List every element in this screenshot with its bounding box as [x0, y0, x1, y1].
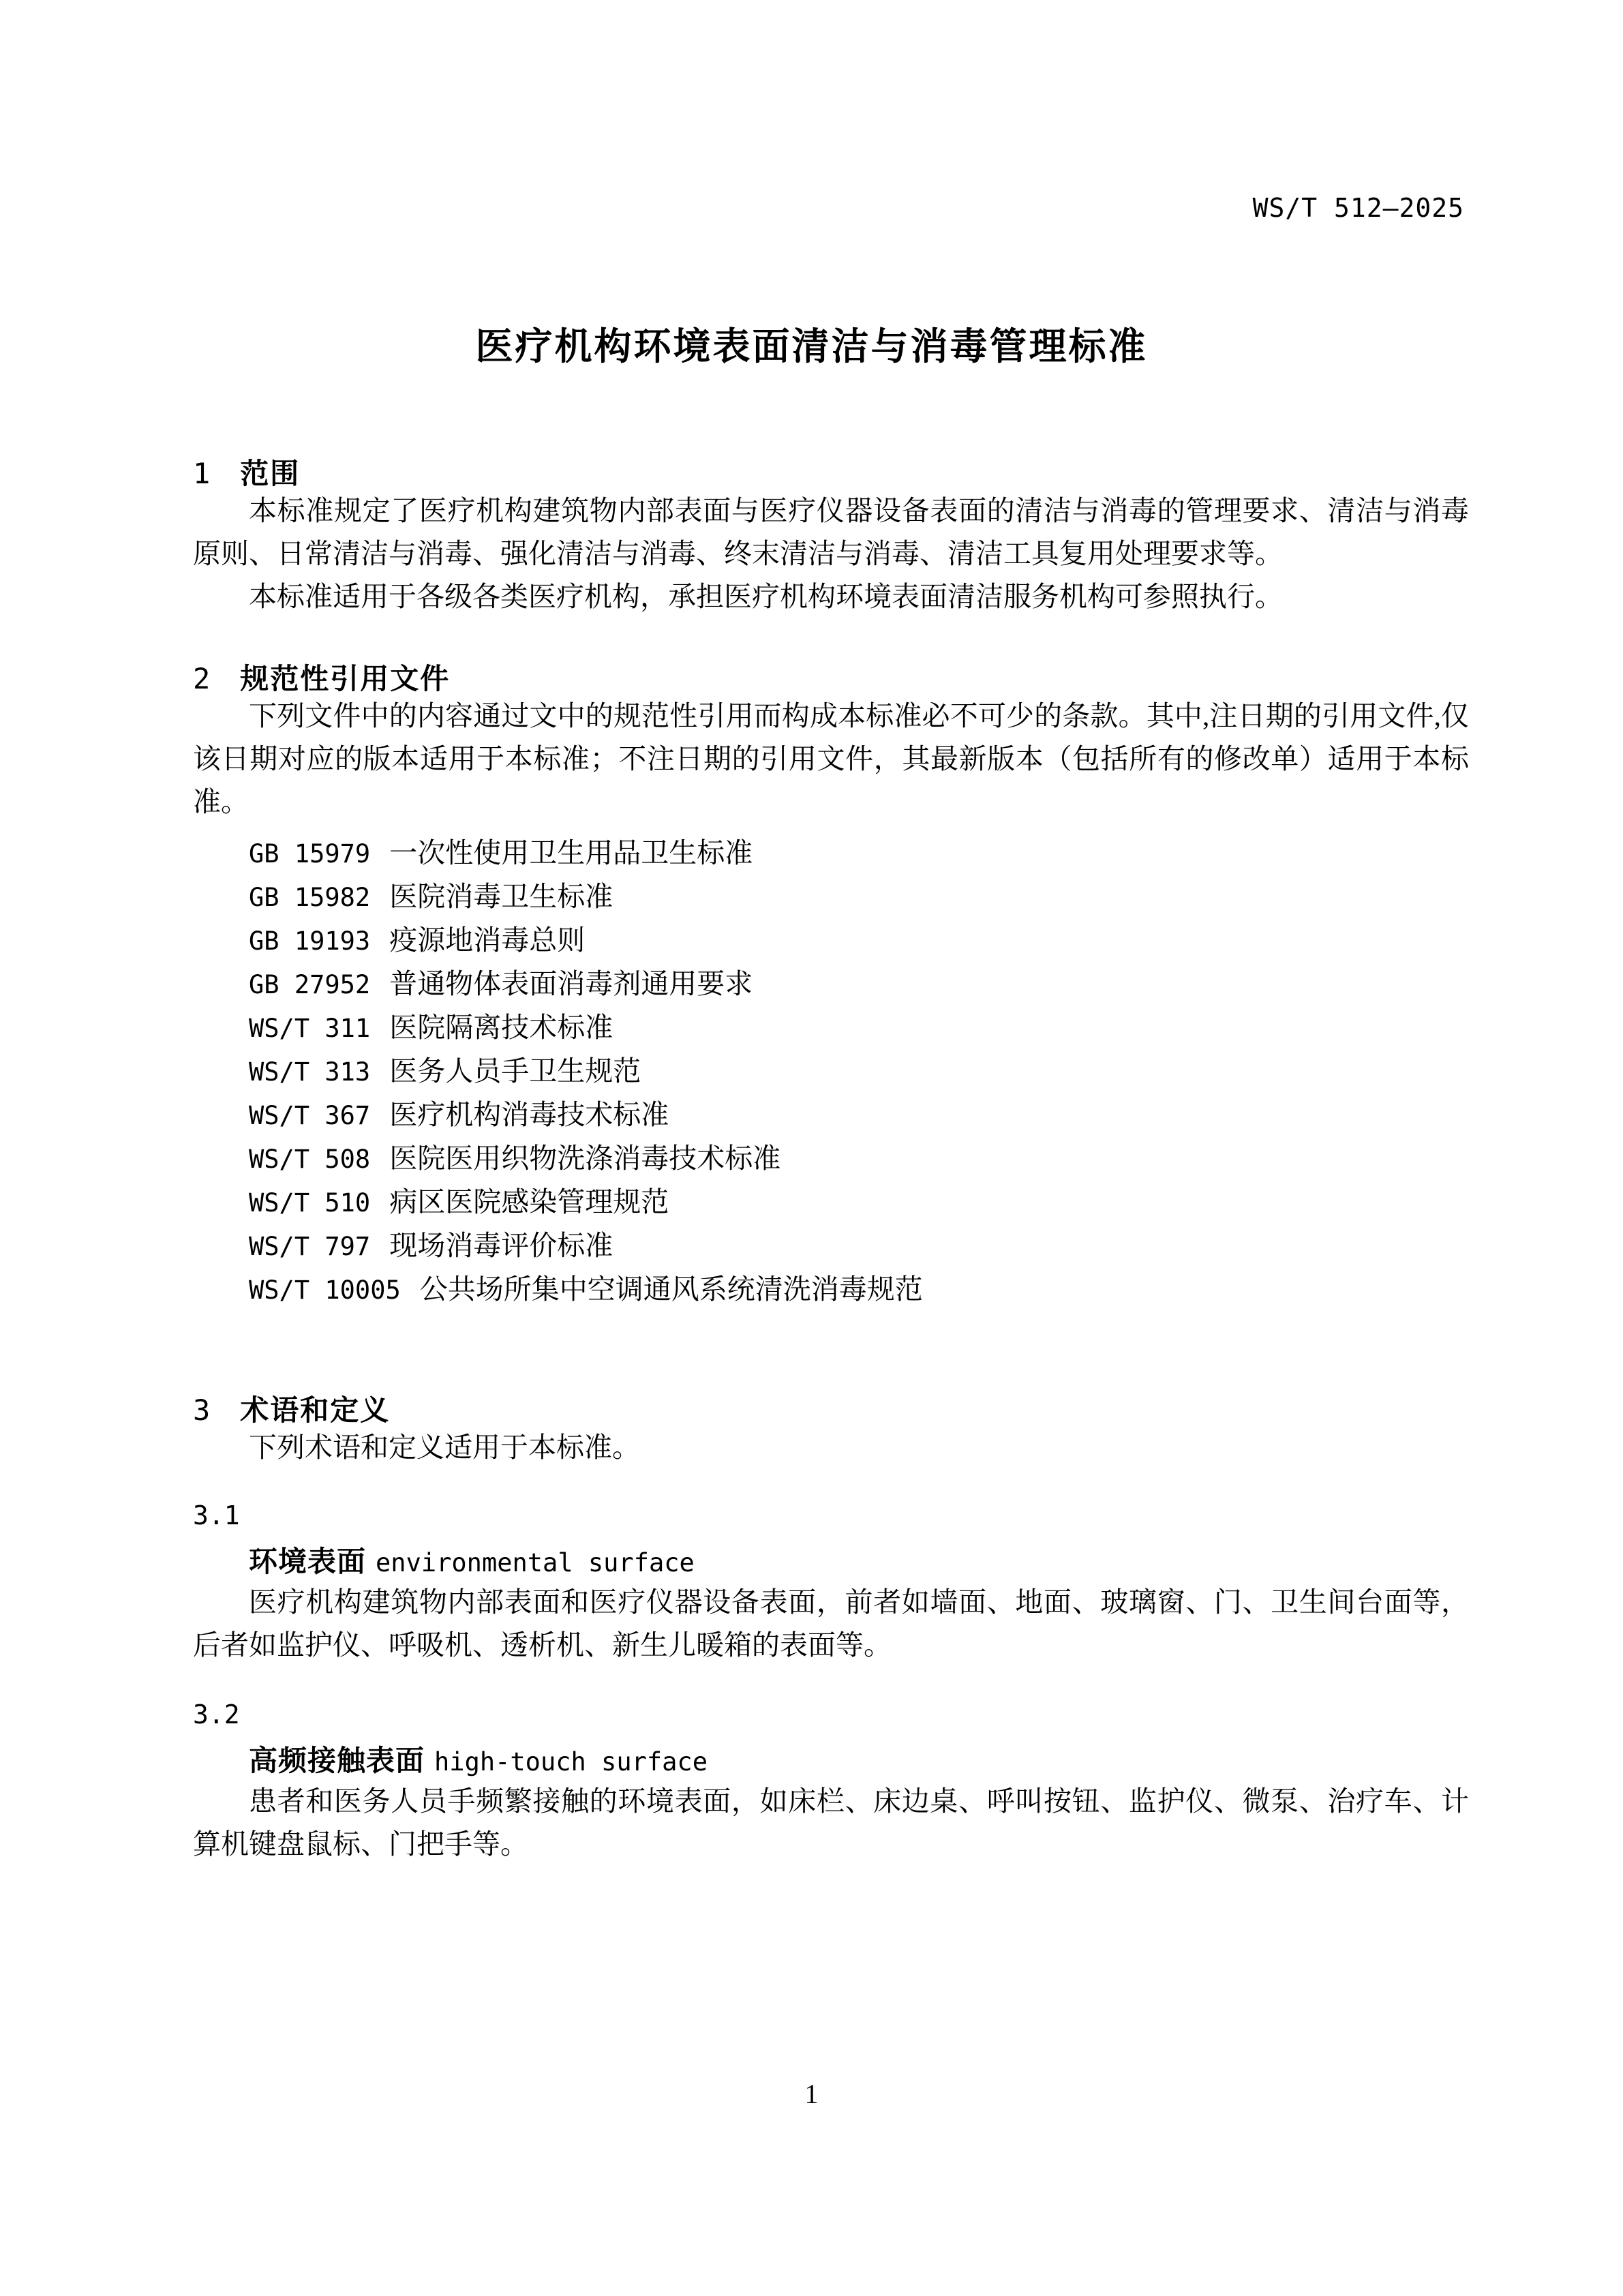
- document-page: WS/T 512—2025 医疗机构环境表面清洁与消毒管理标准 1范围 本标准规…: [0, 0, 1623, 2296]
- reference-title: 一次性使用卫生用品卫生标准: [389, 837, 753, 868]
- section-2-title: 规范性引用文件: [240, 663, 450, 695]
- term-cn-3-2: 高频接触表面: [249, 1744, 425, 1777]
- section-2-intro: 下列文件中的内容通过文中的规范性引用而构成本标准必不可少的条款。其中,注日期的引…: [193, 695, 1469, 824]
- standard-number: WS/T 512—2025: [1253, 193, 1464, 223]
- reference-code: GB 15982: [249, 883, 370, 912]
- document-title: 医疗机构环境表面清洁与消毒管理标准: [0, 319, 1623, 374]
- section-1-paragraph-1: 本标准规定了医疗机构建筑物内部表面与医疗仪器设备表面的清洁与消毒的管理要求、清洁…: [193, 489, 1469, 575]
- reference-item: WS/T 313医务人员手卫生规范: [193, 1050, 1469, 1093]
- section-2-heading: 2规范性引用文件: [193, 663, 1469, 695]
- reference-item: WS/T 10005公共场所集中空调通风系统清洗消毒规范: [193, 1268, 1469, 1312]
- reference-item: GB 15979一次性使用卫生用品卫生标准: [193, 832, 1469, 875]
- reference-item: GB 27952普通物体表面消毒剂通用要求: [193, 963, 1469, 1006]
- document-body: 1范围 本标准规定了医疗机构建筑物内部表面与医疗仪器设备表面的清洁与消毒的管理要…: [193, 450, 1469, 1866]
- reference-title: 公共场所集中空调通风系统清洗消毒规范: [420, 1273, 923, 1305]
- section-1-title: 范围: [240, 457, 300, 489]
- reference-item: WS/T 510病区医院感染管理规范: [193, 1181, 1469, 1224]
- section-2-number: 2: [193, 662, 210, 695]
- section-1-paragraph-2: 本标准适用于各级各类医疗机构，承担医疗机构环境表面清洁服务机构可参照执行。: [193, 575, 1469, 618]
- reference-title: 医院医用织物洗涤消毒技术标准: [389, 1143, 780, 1174]
- reference-title: 疫源地消毒总则: [389, 924, 585, 956]
- reference-title: 医院消毒卫生标准: [389, 881, 613, 912]
- reference-code: GB 19193: [249, 926, 370, 956]
- reference-code: WS/T 367: [249, 1101, 370, 1130]
- term-line-3-2: 高频接触表面high-touch surface: [193, 1743, 1469, 1780]
- term-definition-3-2: 患者和医务人员手频繁接触的环境表面，如床栏、床边桌、呼叫按钮、监护仪、微泵、治疗…: [193, 1780, 1469, 1866]
- reference-code: WS/T 797: [249, 1232, 370, 1261]
- page-number: 1: [0, 2078, 1623, 2111]
- reference-item: GB 15982医院消毒卫生标准: [193, 875, 1469, 919]
- section-1-heading: 1范围: [193, 458, 1469, 489]
- reference-code: WS/T 313: [249, 1057, 370, 1087]
- section-3-title: 术语和定义: [240, 1394, 390, 1426]
- reference-title: 医务人员手卫生规范: [389, 1055, 641, 1087]
- section-3-intro: 下列术语和定义适用于本标准。: [193, 1426, 1469, 1469]
- reference-item: WS/T 311医院隔离技术标准: [193, 1006, 1469, 1050]
- reference-code: WS/T 508: [249, 1145, 370, 1174]
- reference-code: GB 27952: [249, 970, 370, 999]
- section-1-number: 1: [193, 457, 210, 490]
- reference-item: GB 19193疫源地消毒总则: [193, 919, 1469, 963]
- term-cn-3-1: 环境表面: [249, 1545, 366, 1577]
- reference-title: 医院隔离技术标准: [389, 1012, 613, 1043]
- term-line-3-1: 环境表面environmental surface: [193, 1544, 1469, 1581]
- reference-code: WS/T 510: [249, 1188, 370, 1218]
- reference-code: WS/T 311: [249, 1014, 370, 1043]
- reference-code: GB 15979: [249, 839, 370, 868]
- term-en-3-2: high-touch surface: [434, 1747, 708, 1777]
- reference-title: 现场消毒评价标准: [389, 1230, 613, 1261]
- reference-list: GB 15979一次性使用卫生用品卫生标准 GB 15982医院消毒卫生标准 G…: [193, 832, 1469, 1312]
- reference-item: WS/T 508医院医用织物洗涤消毒技术标准: [193, 1137, 1469, 1181]
- reference-title: 医疗机构消毒技术标准: [389, 1099, 669, 1130]
- term-definition-3-1: 医疗机构建筑物内部表面和医疗仪器设备表面，前者如墙面、地面、玻璃窗、门、卫生间台…: [193, 1581, 1469, 1667]
- section-3-heading: 3术语和定义: [193, 1395, 1469, 1426]
- reference-title: 普通物体表面消毒剂通用要求: [389, 968, 753, 999]
- term-number-3-1: 3.1: [193, 1500, 1469, 1530]
- reference-code: WS/T 10005: [249, 1275, 401, 1305]
- reference-item: WS/T 367医疗机构消毒技术标准: [193, 1093, 1469, 1137]
- section-3-number: 3: [193, 1393, 210, 1427]
- reference-title: 病区医院感染管理规范: [389, 1186, 669, 1218]
- term-number-3-2: 3.2: [193, 1700, 1469, 1729]
- term-en-3-1: environmental surface: [376, 1548, 695, 1577]
- reference-item: WS/T 797现场消毒评价标准: [193, 1224, 1469, 1268]
